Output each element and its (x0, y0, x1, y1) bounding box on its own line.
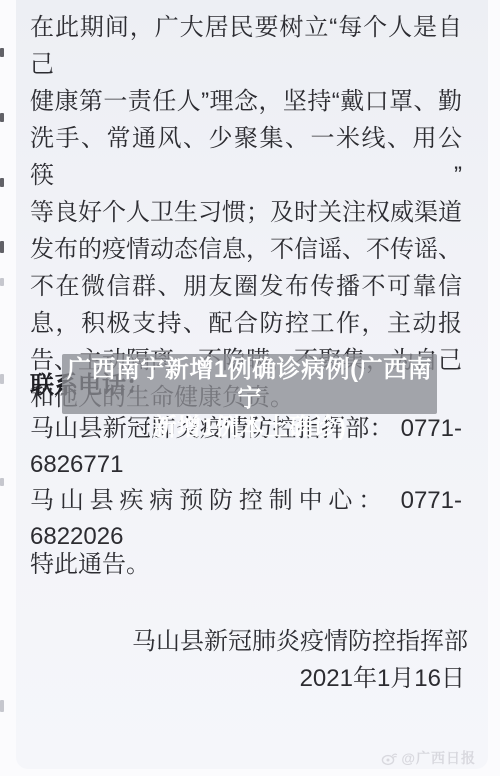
photo-edge-artifact (0, 48, 4, 57)
text-line: 发布的疫情动态信息，不信谣、不传谣、 (30, 231, 462, 268)
photo-edge-artifact (0, 700, 4, 712)
photo-edge-artifact (0, 178, 4, 187)
overlay-headline-line2: 新增1例本土确诊) (62, 413, 437, 442)
text-line: 在此期间，广大居民要树立“每个人是自己 (30, 9, 462, 83)
text-line: 等良好个人卫生习惯；及时关注权威渠道 (30, 194, 462, 231)
overlay-headline-line1: 广西南宁新增1例确诊病例(广西南宁 (62, 355, 437, 413)
date-line: 2021年1月16日 (300, 661, 465, 697)
photo-edge-artifact (0, 374, 4, 384)
text-line: 不在微信群、朋友圈发布传播不可靠信 (30, 268, 462, 305)
photo-edge-artifact (0, 278, 4, 286)
photo-edge-artifact (0, 241, 4, 253)
watermark-text: @广西日报 (401, 748, 476, 768)
text-line: 健康第一责任人”理念，坚持“戴口罩、勤 (30, 83, 462, 120)
photo-edge-artifact (0, 478, 4, 486)
weibo-logo-icon (381, 751, 398, 766)
notice-photo: 在此期间，广大居民要树立“每个人是自己健康第一责任人”理念，坚持“戴口罩、勤洗手… (0, 0, 500, 776)
text-line: 洗手、常通风、少聚集、一米线、用公筷” (30, 120, 462, 194)
signature-line: 马山县新冠肺炎疫情防控指挥部 (132, 624, 468, 660)
text-line: 息，积极支持、配合防控工作，主动报 (30, 305, 462, 342)
text-line: 马山县疾病预防控制中心： 0771- (30, 483, 462, 519)
photo-edge-artifact (0, 113, 4, 122)
closing-line: 特此通告。 (30, 547, 150, 583)
text-line: 6826771 (30, 447, 462, 483)
watermark: @广西日报 (381, 748, 476, 768)
overlay-headline: 广西南宁新增1例确诊病例(广西南宁 新增1例本土确诊) (62, 354, 437, 414)
